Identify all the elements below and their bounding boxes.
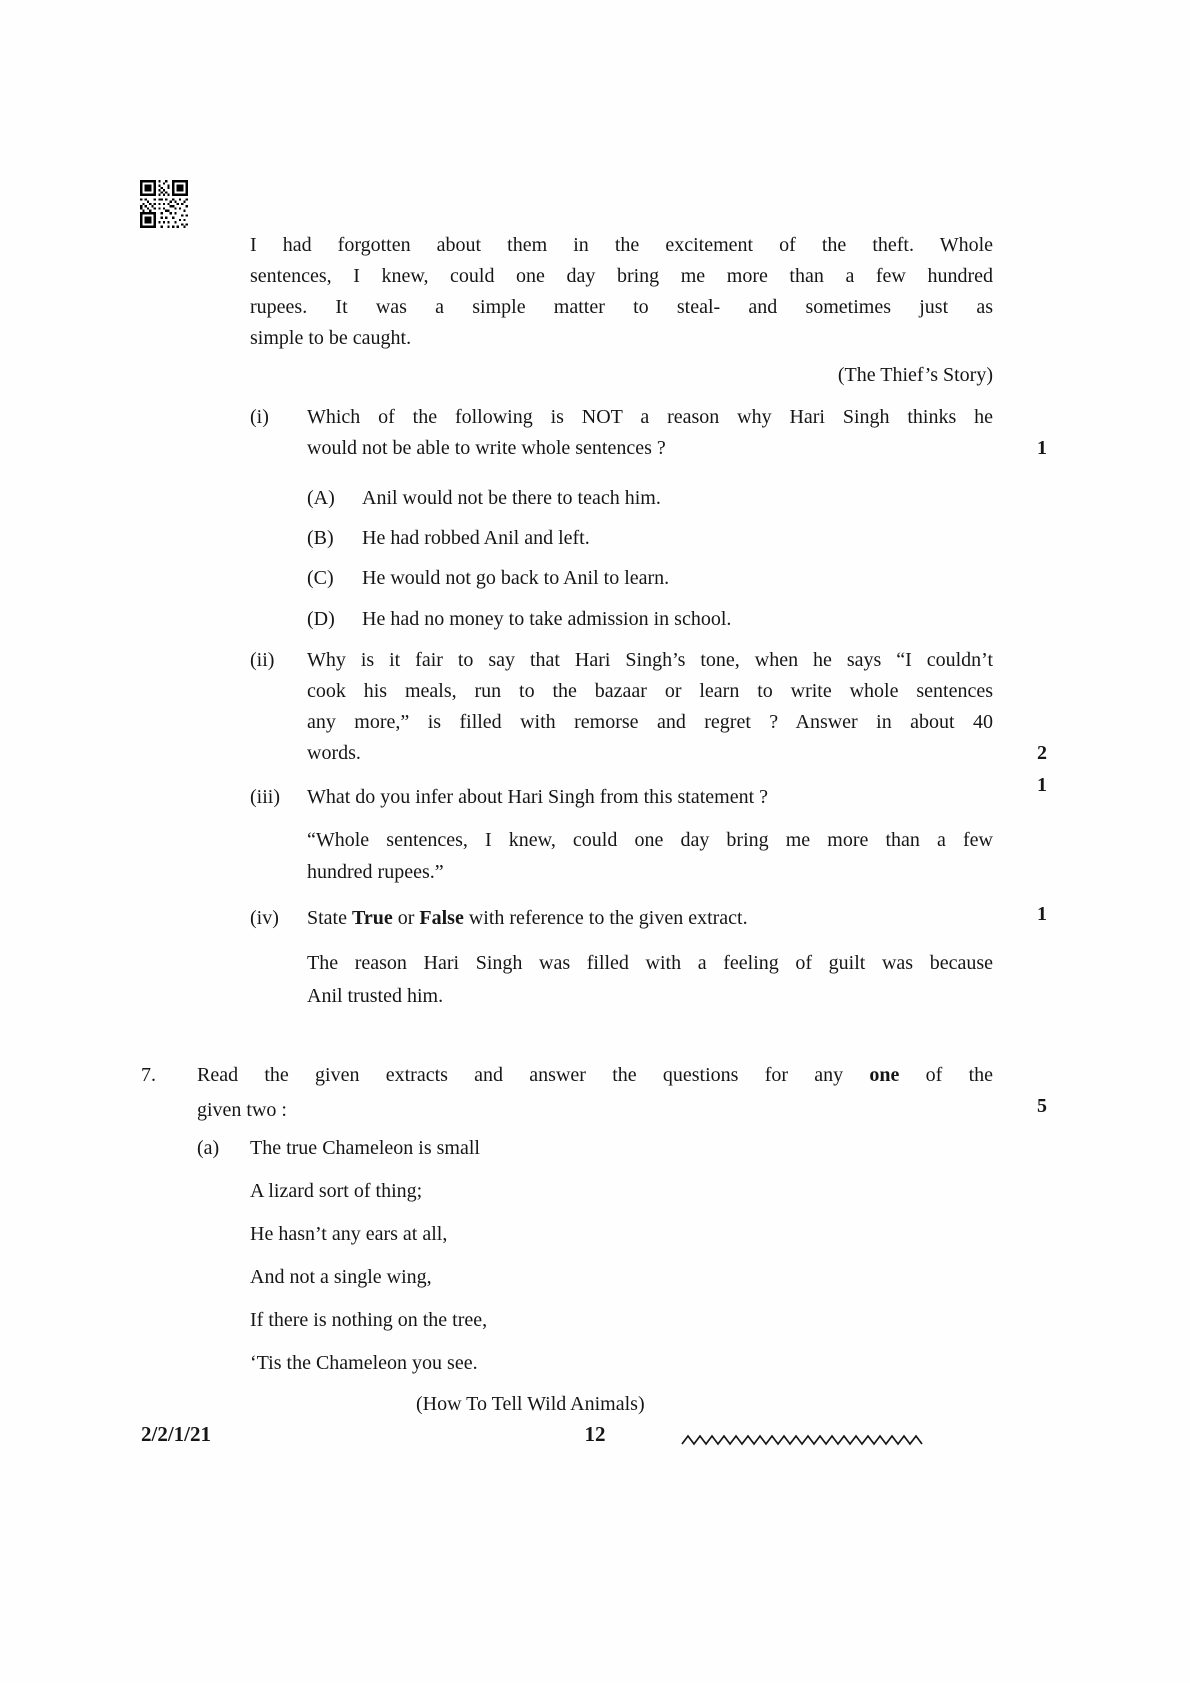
quote-line: hundred rupees.” [307, 857, 993, 888]
zigzag-divider [680, 1427, 930, 1443]
option-d-label: (D) [307, 604, 335, 635]
passage-line: I had forgotten about them in the excite… [250, 230, 993, 261]
iv-mid: or [393, 907, 420, 929]
option-a-text: Anil would not be there to teach him. [362, 483, 661, 514]
question-line: Which of the following is NOT a reason w… [307, 402, 993, 433]
iv-true-word: True [352, 907, 393, 929]
option-a-label: (A) [307, 483, 335, 514]
page-number: 12 [0, 1419, 1190, 1450]
question-iii-quote: “Whole sentences, I knew, could one day … [307, 825, 993, 888]
question-iii-label: (iii) [250, 782, 280, 813]
question-iv-text: State True or False with reference to th… [307, 903, 993, 934]
poem-extract: The true Chameleon is small A lizard sor… [250, 1133, 850, 1391]
exam-paper-page: I had forgotten about them in the excite… [0, 0, 1190, 1683]
quote-line: “Whole sentences, I knew, could one day … [307, 825, 993, 857]
question-line: cook his meals, run to the bazaar or lea… [307, 676, 993, 707]
qr-code [140, 180, 188, 228]
question-line: given two : [197, 1093, 993, 1128]
poem-line: A lizard sort of thing; [250, 1176, 850, 1219]
question-7-number: 7. [141, 1058, 156, 1093]
marks-7: 5 [1007, 1091, 1047, 1122]
marks-i: 1 [1007, 433, 1047, 464]
question-line: Why is it fair to say that Hari Singh’s … [307, 645, 993, 676]
question-7-text: Read the given extracts and answer the q… [197, 1058, 993, 1128]
marks-iii: 1 [1007, 770, 1047, 801]
statement-line: The reason Hari Singh was filled with a … [307, 948, 993, 981]
option-c-label: (C) [307, 563, 334, 594]
question-i-text: Which of the following is NOT a reason w… [307, 402, 993, 464]
part-a-label: (a) [197, 1133, 219, 1164]
poem-line: The true Chameleon is small [250, 1133, 850, 1176]
question-iv-label: (iv) [250, 903, 279, 934]
poem-line: He hasn’t any ears at all, [250, 1219, 850, 1262]
poem-line: If there is nothing on the tree, [250, 1305, 850, 1348]
passage-line: rupees. It was a simple matter to steal-… [250, 292, 993, 323]
option-c-text: He would not go back to Anil to learn. [362, 563, 669, 594]
option-b-label: (B) [307, 523, 334, 554]
question-line: words. [307, 738, 993, 769]
passage-line: sentences, I knew, could one day bring m… [250, 261, 993, 292]
passage-attribution: (The Thief’s Story) [250, 360, 993, 391]
question-ii-text: Why is it fair to say that Hari Singh’s … [307, 645, 993, 769]
question-line: would not be able to write whole sentenc… [307, 433, 993, 464]
marks-ii: 2 [1007, 738, 1047, 769]
question-i-label: (i) [250, 402, 269, 433]
qr-code-image [140, 180, 188, 228]
reading-passage: I had forgotten about them in the excite… [250, 230, 993, 354]
question-line: any more,” is filled with remorse and re… [307, 707, 993, 738]
iv-false-word: False [419, 907, 463, 929]
iv-prefix: State [307, 907, 352, 929]
question-iii-text: What do you infer about Hari Singh from … [307, 782, 993, 813]
passage-line: simple to be caught. [250, 323, 993, 354]
q7-bold-one: one [869, 1064, 899, 1086]
q7-suffix: of the [899, 1064, 993, 1086]
question-line: Read the given extracts and answer the q… [197, 1058, 993, 1093]
statement-line: Anil trusted him. [307, 981, 993, 1012]
question-ii-label: (ii) [250, 645, 274, 676]
question-iv-statement: The reason Hari Singh was filled with a … [307, 948, 993, 1012]
option-d-text: He had no money to take admission in sch… [362, 604, 731, 635]
marks-iv: 1 [1007, 899, 1047, 930]
iv-suffix: with reference to the given extract. [464, 907, 748, 929]
poem-line: ‘Tis the Chameleon you see. [250, 1348, 850, 1391]
option-b-text: He had robbed Anil and left. [362, 523, 590, 554]
q7-prefix: Read the given extracts and answer the q… [197, 1064, 869, 1086]
poem-attribution: (How To Tell Wild Animals) [416, 1389, 645, 1420]
poem-line: And not a single wing, [250, 1262, 850, 1305]
